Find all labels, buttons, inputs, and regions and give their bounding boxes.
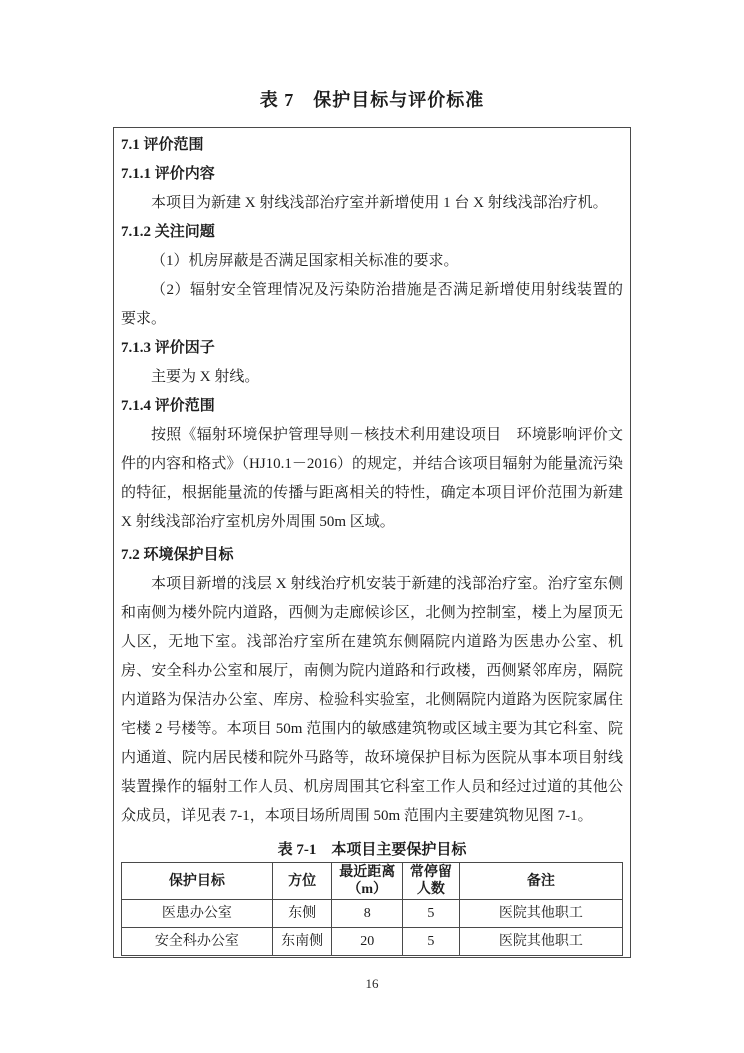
protection-targets-table: 保护目标 方位 最近距离（m） 常停留人数 备注 医患办公室 东侧 8 5 医院…	[121, 862, 623, 956]
col-header-remark: 备注	[459, 863, 622, 900]
section-7-1-2-item-2: （2）辐射安全管理情况及污染防治措施是否满足新增使用射线装置的要求。	[121, 276, 623, 334]
cell-direction: 东南侧	[272, 928, 332, 956]
col-header-occupancy: 常停留人数	[403, 863, 460, 900]
cell-target: 安全科办公室	[122, 928, 273, 956]
table-row: 安全科办公室 东南侧 20 5 医院其他职工	[122, 928, 623, 956]
section-7-1-4-paragraph: 按照《辐射环境保护管理导则－核技术利用建设项目 环境影响评价文件的内容和格式》（…	[121, 421, 623, 537]
section-7-1-1-paragraph: 本项目为新建 X 射线浅部治疗室并新增使用 1 台 X 射线浅部治疗机。	[121, 189, 623, 218]
table-7-1-title: 表 7-1 本项目主要保护目标	[121, 839, 623, 861]
page-number: 16	[0, 976, 744, 992]
section-7-1-3-heading: 7.1.3 评价因子	[121, 334, 623, 363]
cell-target: 医患办公室	[122, 900, 273, 928]
cell-direction: 东侧	[272, 900, 332, 928]
cell-remark: 医院其他职工	[459, 900, 622, 928]
col-header-nearest-distance-line2: （m）	[347, 882, 387, 897]
col-header-occupancy-line2: 人数	[417, 882, 445, 897]
section-7-1-2-item-1: （1）机房屏蔽是否满足国家相关标准的要求。	[121, 247, 623, 276]
table-header-row: 保护目标 方位 最近距离（m） 常停留人数 备注	[122, 863, 623, 900]
col-header-protection-target: 保护目标	[122, 863, 273, 900]
col-header-nearest-distance-line1: 最近距离	[339, 865, 395, 880]
cell-distance: 20	[332, 928, 403, 956]
table-row: 医患办公室 东侧 8 5 医院其他职工	[122, 900, 623, 928]
section-7-2-paragraph: 本项目新增的浅层 X 射线治疗机安装于新建的浅部治疗室。治疗室东侧和南侧为楼外院…	[121, 570, 623, 831]
col-header-occupancy-line1: 常停留	[410, 865, 452, 880]
section-7-1-4-heading: 7.1.4 评价范围	[121, 392, 623, 421]
col-header-direction: 方位	[272, 863, 332, 900]
cell-occupancy: 5	[403, 900, 460, 928]
section-7-1-heading: 7.1 评价范围	[121, 131, 623, 160]
content-border-box: 7.1 评价范围 7.1.1 评价内容 本项目为新建 X 射线浅部治疗室并新增使…	[113, 127, 631, 958]
cell-occupancy: 5	[403, 928, 460, 956]
document-page: 表 7 保护目标与评价标准 7.1 评价范围 7.1.1 评价内容 本项目为新建…	[0, 0, 744, 1053]
section-7-1-3-paragraph: 主要为 X 射线。	[121, 363, 623, 392]
col-header-nearest-distance: 最近距离（m）	[332, 863, 403, 900]
section-7-2-heading: 7.2 环境保护目标	[121, 541, 623, 570]
cell-distance: 8	[332, 900, 403, 928]
section-7-1-1-heading: 7.1.1 评价内容	[121, 160, 623, 189]
cell-remark: 医院其他职工	[459, 928, 622, 956]
section-7-1-2-heading: 7.1.2 关注问题	[121, 218, 623, 247]
page-title: 表 7 保护目标与评价标准	[0, 86, 744, 112]
